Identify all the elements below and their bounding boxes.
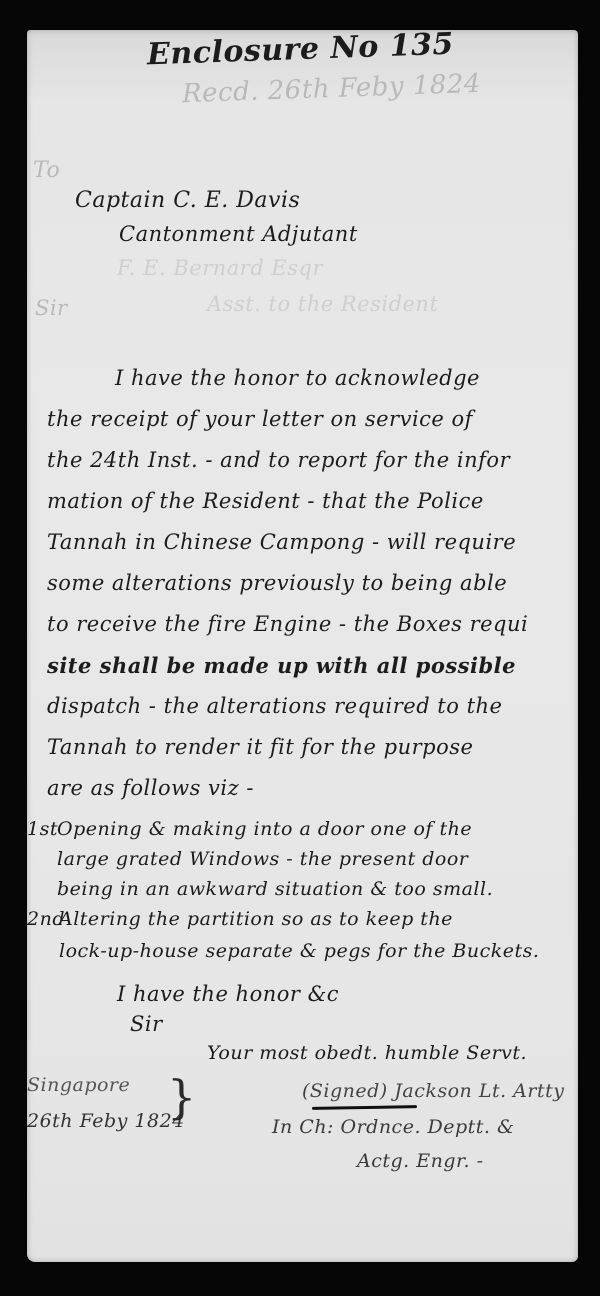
list-item-number: 1st [27,818,58,840]
body-line: some alterations previously to being abl… [47,571,507,595]
closing-servant: Your most obedt. humble Servt. [207,1042,527,1064]
received-stamp: Recd. 26th Feby 1824 [182,69,482,109]
addressee-name: Captain C. E. Davis [75,188,300,213]
addressee-prefix: To [33,158,60,183]
bleed-through-line-1: F. E. Bernard Esqr [117,256,323,280]
date: 26th Feby 1824 [27,1110,185,1132]
letter-page: Enclosure No 135 Recd. 26th Feby 1824 To… [27,30,578,1262]
enclosure-reference: Enclosure No 135 [146,27,454,73]
signature-name: (Signed) Jackson Lt. Artty [302,1080,564,1102]
body-line: dispatch - the alterations required to t… [47,694,502,718]
list-item-line: large grated Windows - the present door [57,848,468,870]
salutation: Sir [35,296,68,320]
body-line: the receipt of your letter on service of [47,407,473,431]
place: Singapore [27,1074,130,1096]
addressee-title: Cantonment Adjutant [119,222,358,246]
body-line: mation of the Resident - that the Police [47,489,484,513]
bleed-through-line-2: Asst. to the Resident [207,292,438,316]
signature-role-1: In Ch: Ordnce. Deptt. & [272,1116,514,1138]
closing-line: I have the honor &c [117,982,339,1006]
signature-role-2: Actg. Engr. - [357,1150,484,1172]
list-item-line: Altering the partition so as to keep the [59,908,453,930]
closing-sir: Sir [130,1012,163,1036]
body-line: Tannah to render it fit for the purpose [47,735,473,759]
body-line: I have the honor to acknowledge [115,366,480,390]
brace-mark: } [167,1070,196,1124]
body-line: site shall be made up with all possible [47,653,516,678]
list-item-line: Opening & making into a door one of the [57,818,472,840]
body-line: to receive the fire Engine - the Boxes r… [47,612,528,636]
list-item-line: lock-up-house separate & pegs for the Bu… [59,940,539,962]
scan-frame: Enclosure No 135 Recd. 26th Feby 1824 To… [0,0,600,1296]
list-item-line: being in an awkward situation & too smal… [57,878,493,900]
body-line: are as follows viz - [47,776,254,800]
signature-underline [312,1105,417,1110]
body-line: the 24th Inst. - and to report for the i… [47,448,510,472]
body-line: Tannah in Chinese Campong - will require [47,530,516,554]
